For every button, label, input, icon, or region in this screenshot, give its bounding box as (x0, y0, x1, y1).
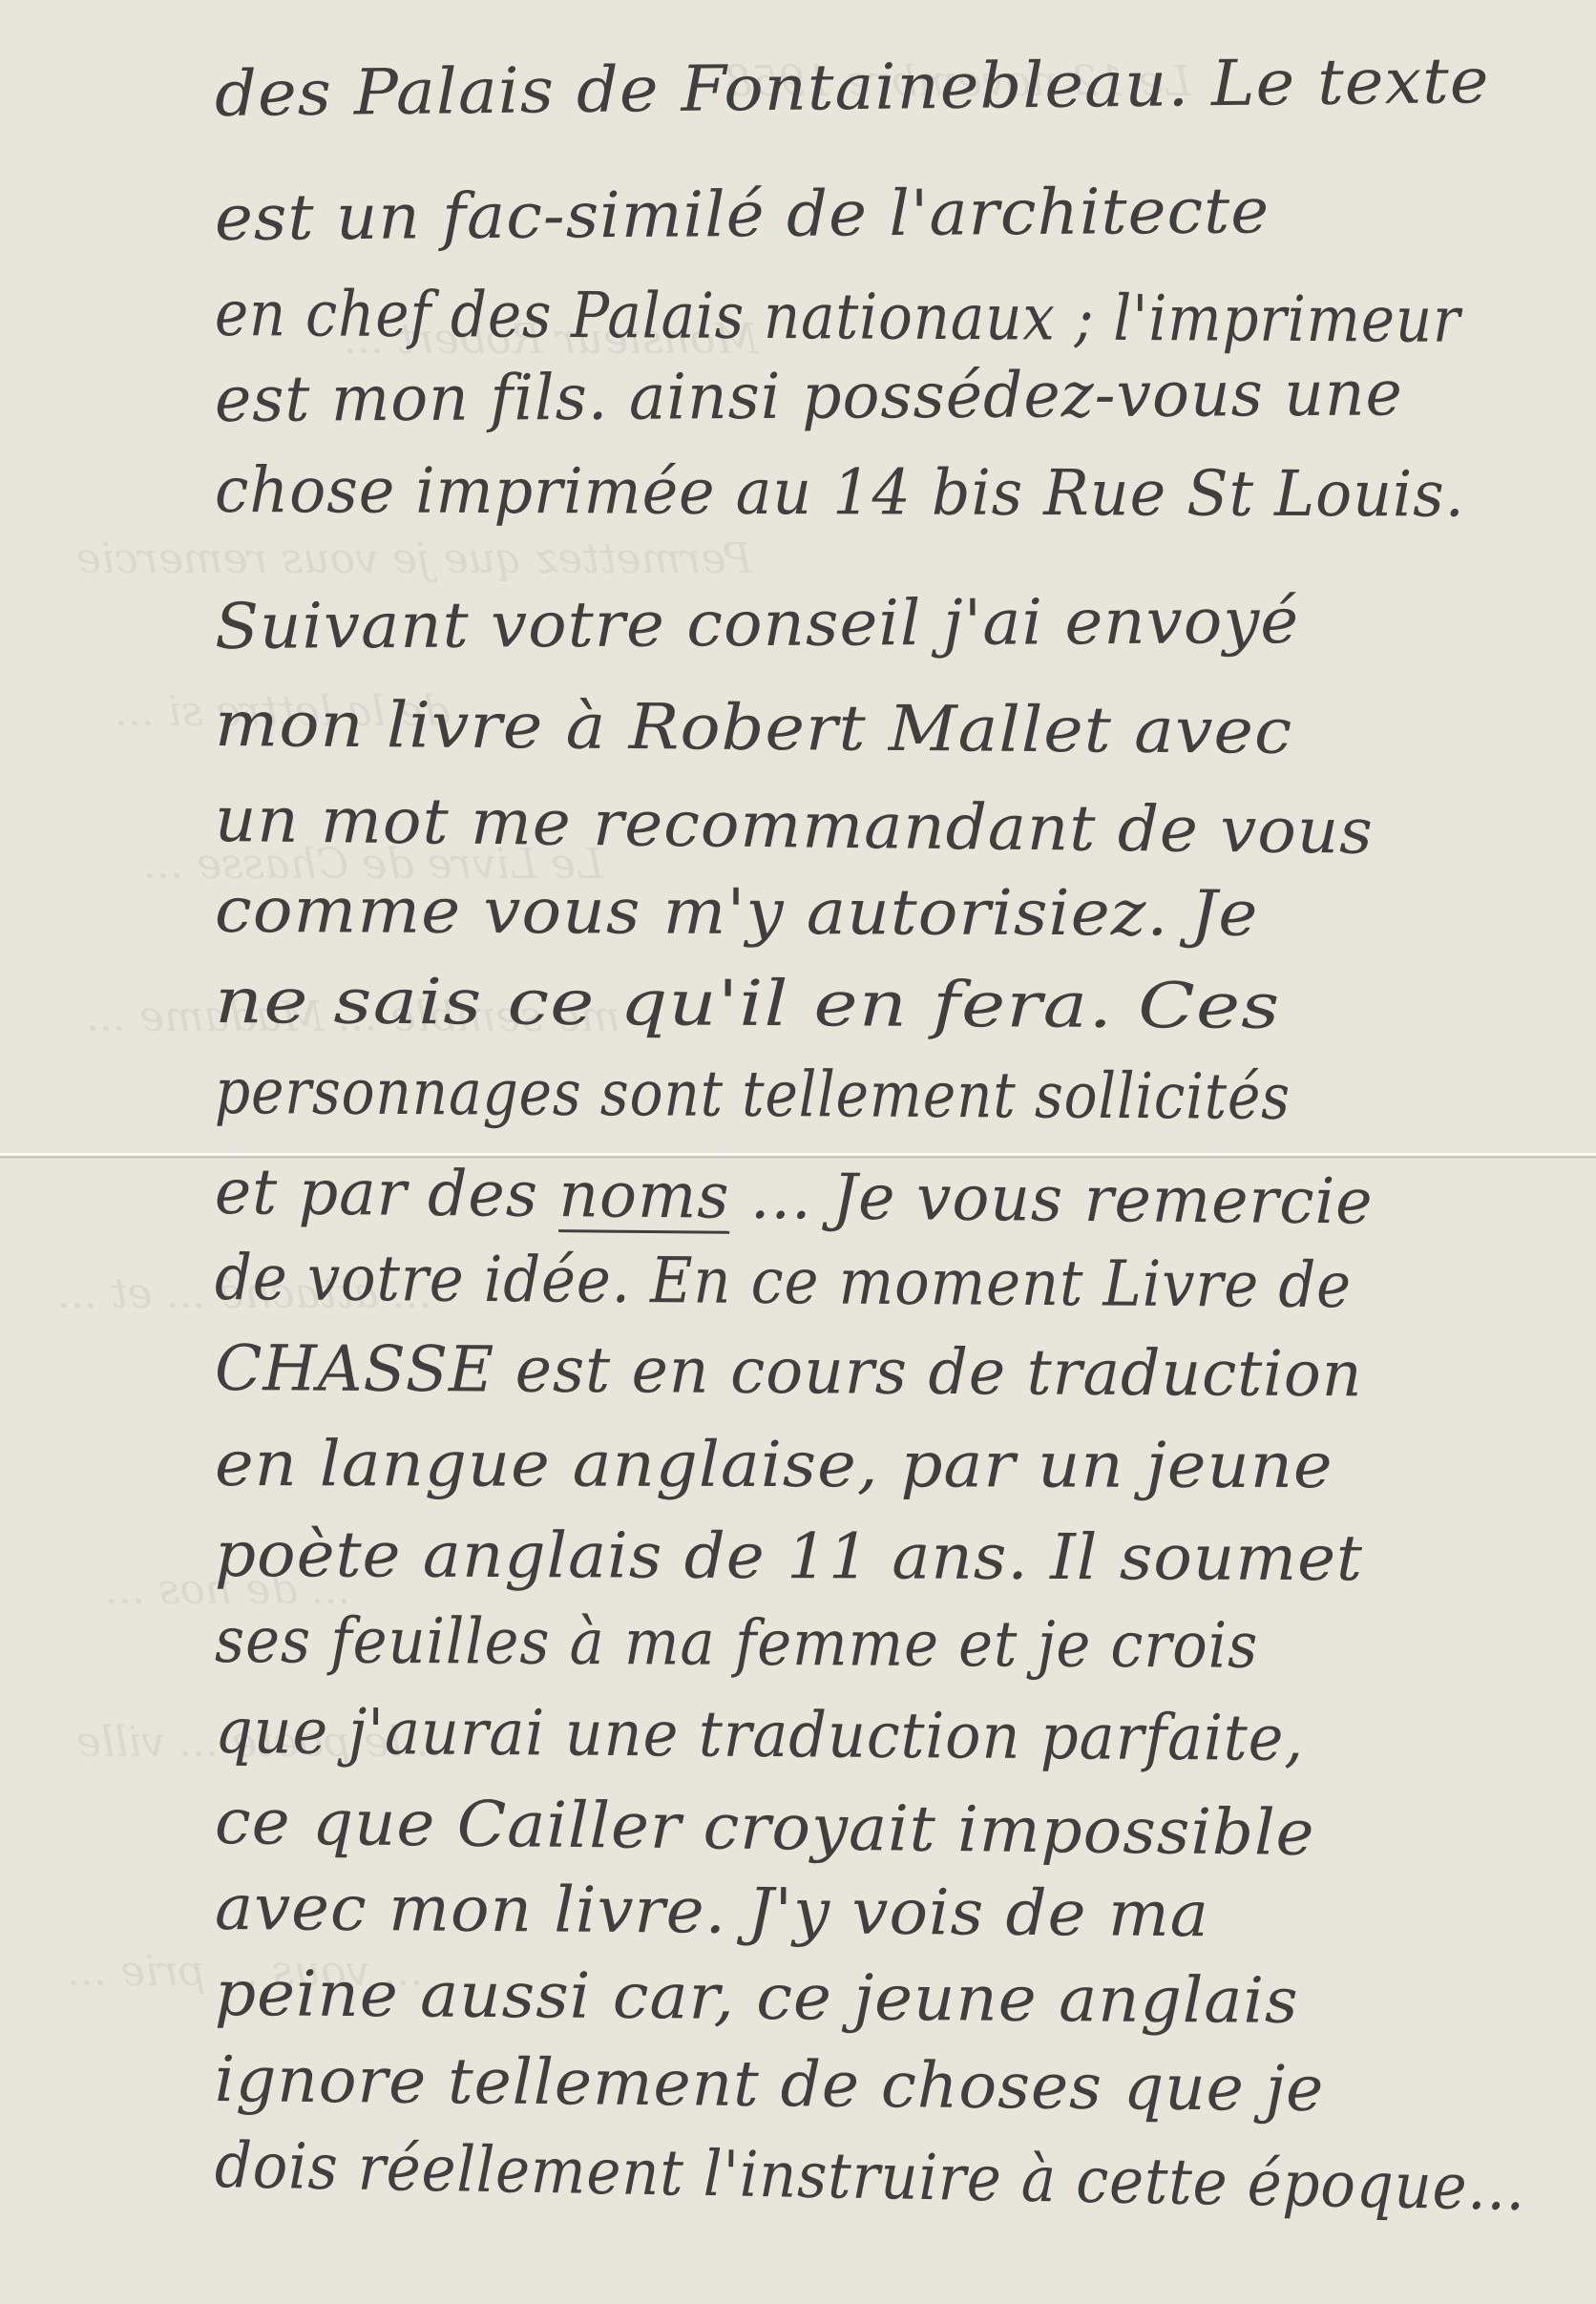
letter-line: un mot me recommandant de vous (215, 783, 1375, 869)
letter-page: Le 12 novembre 1958 Monsieur Robert ... … (0, 0, 1596, 2304)
letter-line: personnages sont tellement sollicités (215, 1055, 1291, 1134)
letter-line: comme vous m'y autorisiez. Je (215, 873, 1259, 951)
letter-line: et par des noms ... Je vous remercie (215, 1155, 1374, 1239)
letter-line: chose imprimée au 14 bis Rue St Louis. (215, 453, 1465, 532)
letter-line: poète anglais de 11 ans. Il soumet (215, 1518, 1363, 1595)
letter-line: en langue anglaise, par un jeune (215, 1427, 1333, 1502)
letter-line: de votre idée. En ce moment Livre de (215, 1241, 1353, 1322)
letter-line: est mon fils. ainsi possédez-vous une (215, 356, 1403, 436)
letter-line: ignore tellement de choses que je (215, 2042, 1325, 2126)
letter-line: ses feuilles à ma femme et je crois (215, 1603, 1259, 1683)
letter-line: ne sais ce qu'il en fera. Ces (215, 964, 1281, 1043)
letter-line: que j'aurai une traduction parfaite, (215, 1694, 1305, 1775)
letter-text: ... Je vous remercie (729, 1160, 1374, 1239)
letter-line: dois réellement l'instruire à cette époq… (214, 2128, 1525, 2225)
letter-line: avec mon livre. J'y vois de ma (215, 1871, 1210, 1951)
letter-line: Suivant votre conseil j'ai envoyé (215, 584, 1300, 663)
letter-line: en chef des Palais nationaux ; l'imprime… (215, 277, 1461, 357)
letter-text: et par des (215, 1155, 559, 1231)
letter-line: ce que Cailler croyait impossible (215, 1785, 1315, 1870)
letter-line: peine aussi car, ce jeune anglais (215, 1957, 1299, 2038)
letter-line: mon livre à Robert Mallet avec (215, 687, 1293, 768)
letter-line: CHASSE est en cours de traduction (215, 1331, 1363, 1411)
underlined-word: noms (558, 1158, 730, 1233)
letter-line: des Palais de Fontainebleau. Le texte (215, 44, 1490, 131)
letter-line: est un fac-similé de l'architecte (215, 174, 1270, 255)
